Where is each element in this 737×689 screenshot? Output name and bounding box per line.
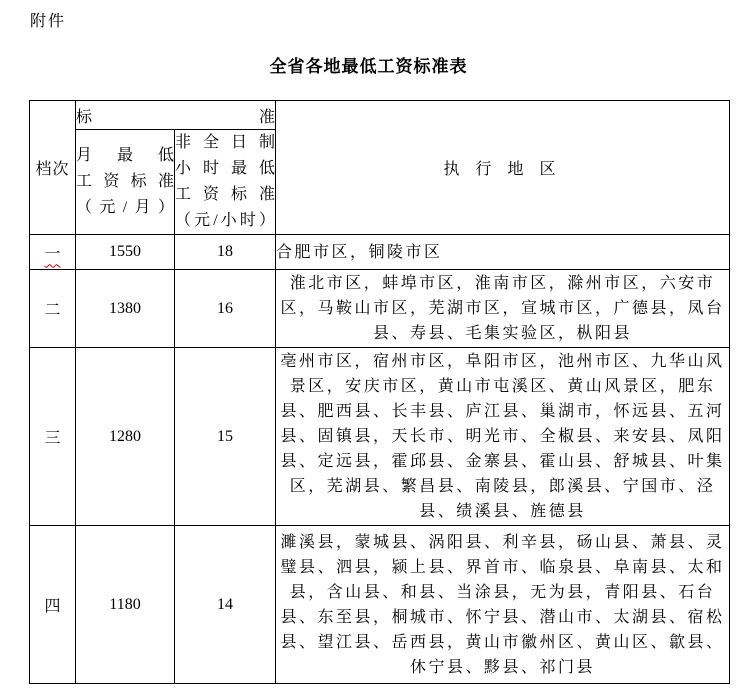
table-header-row-top: 档次 标 准 执 行 地 区 [30,101,730,130]
monthly-wage-cell: 1280 [76,348,175,526]
header-grade: 档次 [30,101,76,235]
header-hourly-line-2: 小时最低 [175,156,275,182]
table-row-grade-4: 四 1180 14 濉溪县，蒙城县、涡阳县、利辛县，砀山县、萧县、灵璧县、泗县，… [30,526,730,684]
hourly-wage-cell: 15 [175,348,276,526]
table-row-grade-1: 一 1550 18 合肥市区，铜陵市区 [30,235,730,270]
header-monthly-line-1: 月最低 [76,143,174,169]
monthly-wage-cell: 1380 [76,270,175,348]
hourly-wage-cell: 14 [175,526,276,684]
header-standard: 标 准 [76,101,276,130]
header-hourly-line-4: （元/小时） [175,208,275,234]
grade-cell: 一 [30,235,76,270]
grade-cell: 四 [30,526,76,684]
monthly-wage-cell: 1550 [76,235,175,270]
grade-1-label: 一 [44,246,60,263]
grade-cell: 三 [30,348,76,526]
table-row-grade-2: 二 1380 16 淮北市区，蚌埠市区，淮南市区，滁州市区，六安市区，马鞍山市区… [30,270,730,348]
minimum-wage-table: 档次 标 准 执 行 地 区 月最低 工资标准 （元/月） 非全日制 小时最低 … [29,100,730,684]
grade-cell: 二 [30,270,76,348]
hourly-wage-cell: 18 [175,235,276,270]
header-monthly-line-3: （元/月） [76,195,174,221]
table-row-grade-3: 三 1280 15 亳州市区，宿州市区，阜阳市区，池州市区、九华山风景区，安庆市… [30,348,730,526]
regions-cell: 濉溪县，蒙城县、涡阳县、利辛县，砀山县、萧县、灵璧县、泗县，颍上县、界首市、临泉… [276,526,730,684]
attachment-label: 附件 [30,8,66,31]
page-title: 全省各地最低工资标准表 [0,52,737,77]
header-hourly-line-3: 工资标准 [175,182,275,208]
header-hourly-wage: 非全日制 小时最低 工资标准 （元/小时） [175,130,276,235]
regions-cell: 合肥市区，铜陵市区 [276,235,730,270]
header-hourly-line-1: 非全日制 [175,130,275,156]
hourly-wage-cell: 16 [175,270,276,348]
header-monthly-wage: 月最低 工资标准 （元/月） [76,130,175,235]
header-region: 执 行 地 区 [276,101,730,235]
monthly-wage-cell: 1180 [76,526,175,684]
document-page: 附件 全省各地最低工资标准表 档次 标 准 执 行 地 区 月最低 工资标准 （… [0,0,737,689]
header-monthly-line-2: 工资标准 [76,169,174,195]
regions-cell: 淮北市区，蚌埠市区，淮南市区，滁州市区，六安市区，马鞍山市区，芜湖市区，宣城市区… [276,270,730,348]
regions-cell: 亳州市区，宿州市区，阜阳市区，池州市区、九华山风景区，安庆市区，黄山市屯溪区、黄… [276,348,730,526]
